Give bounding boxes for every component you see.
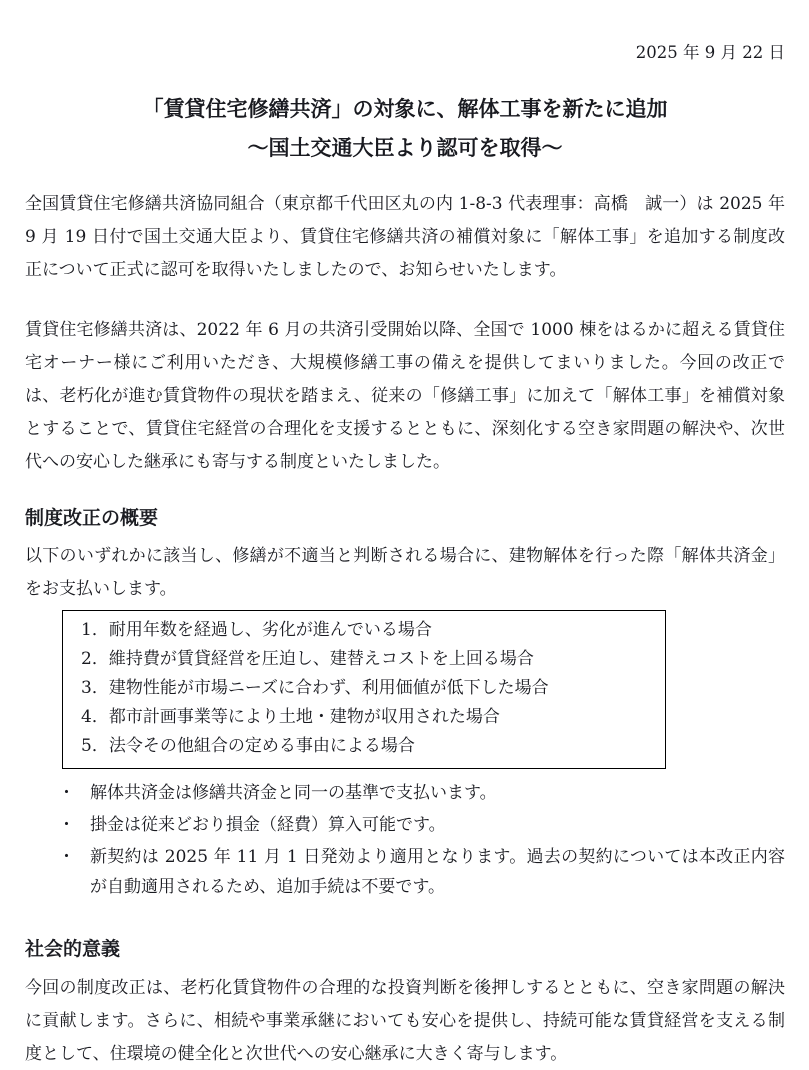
conditions-box: 1．耐用年数を経過し、劣化が進んでいる場合 2．維持費が賃貸経営を圧迫し、建替え… [62,610,666,769]
overview-bullet-list: ・解体共済金は修繕共済金と同一の基準で支払います。 ・掛金は従来どおり損金（経費… [25,778,785,902]
bullet-marker-icon: ・ [58,810,75,840]
bullet-item-effective-date: ・新契約は 2025 年 11 月 1 日発効より適用となります。過去の契約につ… [25,842,785,902]
background-paragraph: 賃貸住宅修繕共済は、2022 年 6 月の共済引受開始以降、全国で 1000 棟… [25,314,785,479]
condition-item-5: 5．法令その他組合の定める事由による場合 [81,732,655,761]
document-title: 「賃貸住宅修繕共済」の対象に、解体工事を新たに追加 ～国土交通大臣より認可を取得… [25,90,785,168]
bullet-text: 解体共済金は修繕共済金と同一の基準で支払います。 [90,783,497,803]
bullet-text: 掛金は従来どおり損金（経費）算入可能です。 [90,815,446,835]
title-line-2: ～国土交通大臣より認可を取得～ [25,129,785,168]
title-line-1: 「賃貸住宅修繕共済」の対象に、解体工事を新たに追加 [25,90,785,129]
bullet-marker-icon: ・ [58,842,75,872]
intro-paragraph: 全国賃貸住宅修繕共済協同組合（東京都千代田区丸の内 1-8-3 代表理事：高橋 … [25,188,785,287]
press-release-page: 2025 年 9 月 22 日 「賃貸住宅修繕共済」の対象に、解体工事を新たに追… [0,0,809,1070]
bullet-item-premium-deduction: ・掛金は従来どおり損金（経費）算入可能です。 [25,810,785,840]
bullet-text: 新契約は 2025 年 11 月 1 日発効より適用となります。過去の契約につい… [90,847,785,897]
document-date: 2025 年 9 月 22 日 [25,42,785,64]
bullet-marker-icon: ・ [58,778,75,808]
significance-section-heading: 社会的意義 [25,936,785,962]
bullet-item-payment-basis: ・解体共済金は修繕共済金と同一の基準で支払います。 [25,778,785,808]
condition-item-3: 3．建物性能が市場ニーズに合わず、利用価値が低下した場合 [81,674,655,703]
significance-paragraph: 今回の制度改正は、老朽化賃貸物件の合理的な投資判断を後押しするとともに、空き家問… [25,972,785,1070]
condition-item-4: 4．都市計画事業等により土地・建物が収用された場合 [81,703,655,732]
condition-item-2: 2．維持費が賃貸経営を圧迫し、建替えコストを上回る場合 [81,645,655,674]
condition-item-1: 1．耐用年数を経過し、劣化が進んでいる場合 [81,616,655,645]
overview-section-heading: 制度改正の概要 [25,505,785,531]
overview-lead-paragraph: 以下のいずれかに該当し、修繕が不適当と判断される場合に、建物解体を行った際「解体… [25,540,785,606]
